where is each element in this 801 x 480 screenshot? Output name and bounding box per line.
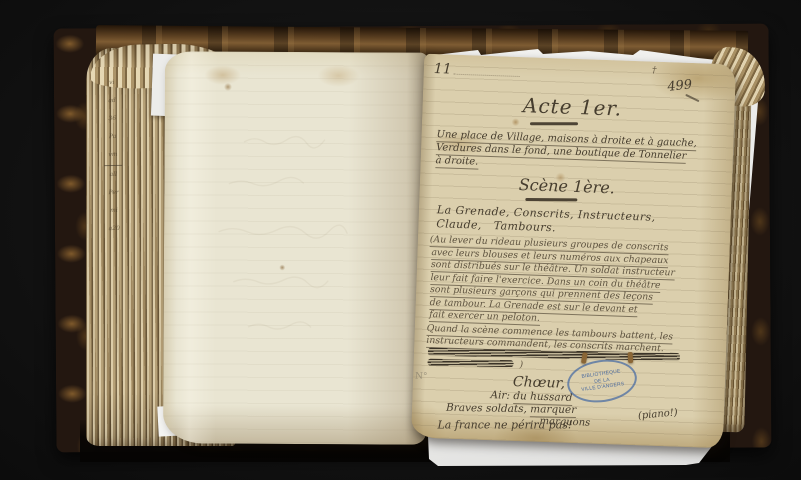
folio-dotted-line	[454, 74, 520, 77]
act-heading: Acte 1er.	[512, 93, 633, 121]
paren-mark: )	[519, 360, 523, 370]
folio-number: 11	[434, 61, 452, 78]
setting-line: à droite.	[435, 155, 478, 169]
chorus-heading: Chœur,	[513, 374, 566, 392]
characters-line: Claude, Tambours.	[436, 217, 556, 234]
page-edge-marginalia: vi ad 36 Pa vm all Per mi a20	[103, 74, 124, 238]
edge-note: vm	[104, 146, 122, 166]
lyric-final: La france ne périra pas!	[437, 419, 572, 432]
page-number-flourish	[685, 94, 699, 102]
corner-pen-mark: †	[652, 66, 657, 76]
crossed-out-line	[428, 359, 514, 367]
scene-heading-underline	[525, 198, 577, 201]
edge-note: all	[104, 166, 122, 184]
ink-bleedthrough-ghost-text	[203, 112, 394, 353]
margin-pencil-note: N°	[415, 372, 428, 382]
edge-note: 36	[103, 110, 121, 128]
manuscript-recto-page: 11 † 499 Acte 1er. Une place de Village,…	[411, 54, 736, 449]
tape-residue	[627, 352, 633, 363]
page-number: 499	[667, 77, 693, 95]
edge-note: mi	[105, 202, 123, 220]
edge-note: Per	[104, 184, 122, 202]
edge-note: vi	[103, 74, 121, 92]
lyric-prefix: Braves soldats,	[446, 402, 527, 415]
edge-note: ad	[103, 92, 121, 110]
stamp-line: VILLE D'ANGERS	[581, 381, 625, 394]
edge-note: Pa	[104, 128, 122, 146]
lyric-aside: (piano!)	[637, 407, 678, 421]
photo-frame: vi ad 36 Pa vm all Per mi a20 11 † 499	[0, 0, 801, 480]
tape-residue	[581, 352, 588, 364]
blank-verso-page	[163, 51, 428, 444]
scene-heading: Scène 1ère.	[512, 175, 623, 198]
edge-note: a20	[105, 220, 123, 238]
library-oval-stamp: BIBLIOTHÈQUE DE LA VILLE D'ANGERS	[564, 355, 639, 406]
air-label: Air:	[490, 389, 510, 402]
act-heading-underline	[530, 122, 578, 125]
